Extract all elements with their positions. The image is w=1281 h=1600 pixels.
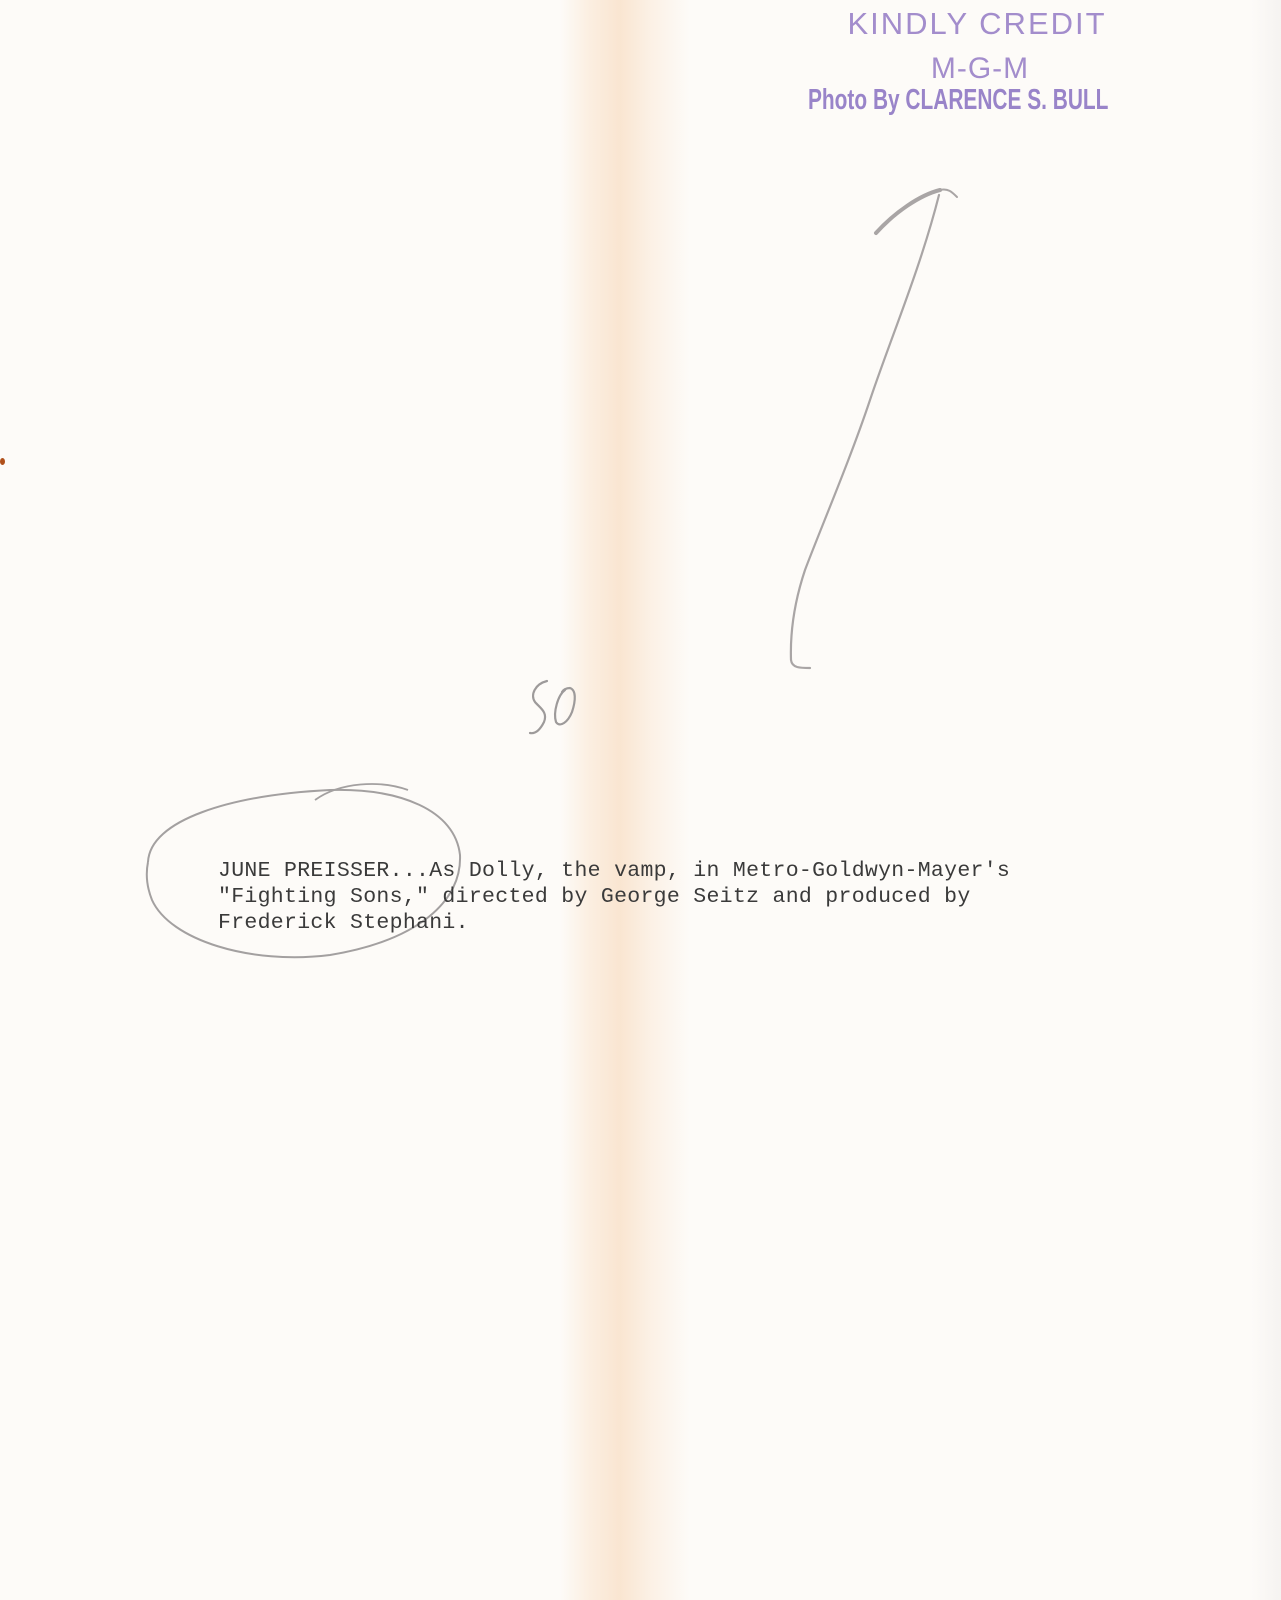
handwritten-number-50 [530, 681, 575, 733]
caption-line-2: "Fighting Sons," directed by George Seit… [218, 884, 1010, 910]
pencil-marks [0, 0, 1281, 1600]
caption-line-1: JUNE PREISSER...As Dolly, the vamp, in M… [218, 858, 1010, 884]
handwritten-numeral-one [791, 189, 957, 668]
caption-line-3: Frederick Stephani. [218, 910, 1010, 936]
typed-caption: JUNE PREISSER...As Dolly, the vamp, in M… [218, 858, 1010, 936]
